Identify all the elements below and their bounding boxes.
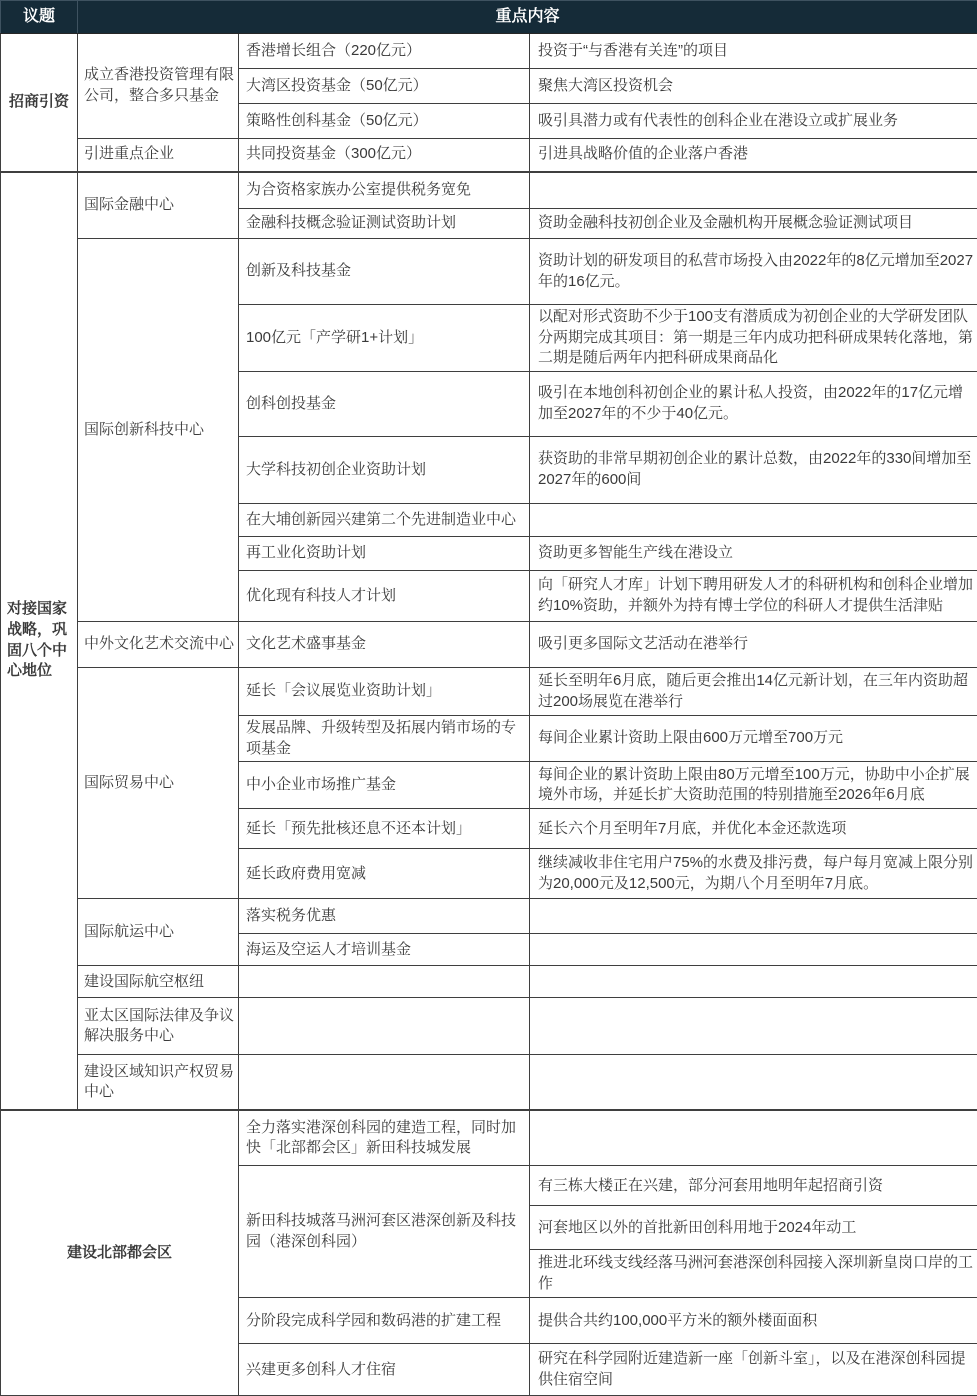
detail-cell: 推进北环线支线经落马洲河套港深创科园接入深圳新皇岗口岸的工作 [530,1250,977,1298]
detail-cell: 延长六个月至明年7月底，并优化本金还款选项 [530,809,977,849]
detail-cell: 每间企业累计资助上限由600万元增至700万元 [530,716,977,762]
group-cell: 国际贸易中心 [78,668,239,899]
detail-cell: 资助计划的研发项目的私营市场投入由2022年的8亿元增加至2027年的16亿元。 [530,239,977,305]
detail-cell: 有三栋大楼正在兴建，部分河套用地明年起招商引资 [530,1166,977,1206]
item-cell: 中小企业市场推广基金 [239,762,530,809]
item-cell: 金融科技概念验证测试资助计划 [239,209,530,239]
detail-cell [530,966,977,998]
header-row: 议题 重点内容 [1,1,977,34]
item-cell: 在大埔创新园兴建第二个先进制造业中心 [239,504,530,537]
table-row: 招商引资 成立香港投资管理有限公司，整合多只基金 香港增长组合（220亿元） 投… [1,34,977,69]
detail-cell: 河套地区以外的首批新田创科用地于2024年动工 [530,1206,977,1250]
item-cell: 延长「预先批核还息不还本计划」 [239,809,530,849]
detail-cell [530,998,977,1055]
group-cell: 引进重点企业 [78,139,239,172]
header-content: 重点内容 [78,1,977,34]
detail-cell: 吸引具潜力或有代表性的创科企业在港设立或扩展业务 [530,104,977,139]
item-cell: 为合资格家族办公室提供税务宽免 [239,172,530,209]
table-row: 建设区域知识产权贸易中心 [1,1055,977,1110]
detail-cell: 以配对形式资助不少于100支有潜质成为初创企业的大学研发团队分两期完成其项目：第… [530,305,977,372]
item-cell: 大学科技初创企业资助计划 [239,437,530,504]
detail-cell: 提供合共约100,000平方米的额外楼面面积 [530,1298,977,1344]
table-row: 中外文化艺术交流中心 文化艺术盛事基金 吸引更多国际文艺活动在港举行 [1,622,977,668]
group-cell: 成立香港投资管理有限公司，整合多只基金 [78,34,239,139]
table-row: 国际航运中心 落实税务优惠 [1,899,977,934]
item-cell: 兴建更多创科人才住宿 [239,1344,530,1396]
detail-cell [530,899,977,934]
detail-cell: 吸引在本地创科初创企业的累计私人投资，由2022年的17亿元增加至2027年的不… [530,372,977,437]
detail-cell: 投资于“与香港有关连”的项目 [530,34,977,69]
policy-table: 议题 重点内容 招商引资 成立香港投资管理有限公司，整合多只基金 香港增长组合（… [0,0,977,1396]
group-cell: 建设区域知识产权贸易中心 [78,1055,239,1110]
topic-cell: 建设北部都会区 [1,1110,239,1396]
header-topic: 议题 [1,1,78,34]
item-cell [239,998,530,1055]
table-row: 对接国家战略，巩固八个中心地位 国际金融中心 为合资格家族办公室提供税务宽免 [1,172,977,209]
table-row: 国际创新科技中心 创新及科技基金 资助计划的研发项目的私营市场投入由2022年的… [1,239,977,305]
detail-cell [530,1055,977,1110]
detail-cell: 聚焦大湾区投资机会 [530,69,977,104]
item-cell: 大湾区投资基金（50亿元） [239,69,530,104]
detail-cell: 获资助的非常早期初创企业的累计总数，由2022年的330间增加至2027年的60… [530,437,977,504]
detail-cell: 引进具战略价值的企业落户香港 [530,139,977,172]
group-cell: 国际金融中心 [78,172,239,239]
item-cell: 优化现有科技人才计划 [239,571,530,622]
group-cell: 国际创新科技中心 [78,239,239,622]
item-cell: 新田科技城落马洲河套区港深创新及科技园（港深创科园） [239,1166,530,1298]
table-row: 引进重点企业 共同投资基金（300亿元） 引进具战略价值的企业落户香港 [1,139,977,172]
group-cell: 国际航运中心 [78,899,239,966]
item-cell: 再工业化资助计划 [239,537,530,571]
topic-cell: 招商引资 [1,34,78,172]
item-cell: 落实税务优惠 [239,899,530,934]
table-row: 国际贸易中心 延长「会议展览业资助计划」 延长至明年6月底，随后更会推出14亿元… [1,668,977,716]
item-cell: 延长政府费用宽减 [239,849,530,899]
item-cell: 延长「会议展览业资助计划」 [239,668,530,716]
item-cell: 共同投资基金（300亿元） [239,139,530,172]
item-cell [239,966,530,998]
detail-cell: 研究在科学园附近建造新一座「创新斗室」，以及在港深创科园提供住宿空间 [530,1344,977,1396]
item-cell: 策略性创科基金（50亿元） [239,104,530,139]
detail-cell: 资助金融科技初创企业及金融机构开展概念验证测试项目 [530,209,977,239]
item-cell: 发展品牌、升级转型及拓展内销市场的专项基金 [239,716,530,762]
detail-cell: 延长至明年6月底，随后更会推出14亿元新计划，在三年内资助超过200场展览在港举… [530,668,977,716]
detail-cell: 每间企业的累计资助上限由80万元增至100万元，协助中小企扩展境外市场，并延长扩… [530,762,977,809]
item-cell: 100亿元「产学研1+计划」 [239,305,530,372]
item-cell: 全力落实港深创科园的建造工程，同时加快「北部都会区」新田科技城发展 [239,1110,530,1166]
item-cell: 创新及科技基金 [239,239,530,305]
group-cell: 建设国际航空枢纽 [78,966,239,998]
detail-cell: 资助更多智能生产线在港设立 [530,537,977,571]
group-cell: 亚太区国际法律及争议解决服务中心 [78,998,239,1055]
group-cell: 中外文化艺术交流中心 [78,622,239,668]
topic-cell: 对接国家战略，巩固八个中心地位 [1,172,78,1110]
table-row: 亚太区国际法律及争议解决服务中心 [1,998,977,1055]
table-row: 建设北部都会区 全力落实港深创科园的建造工程，同时加快「北部都会区」新田科技城发… [1,1110,977,1166]
detail-cell: 吸引更多国际文艺活动在港举行 [530,622,977,668]
item-cell: 海运及空运人才培训基金 [239,934,530,966]
item-cell: 分阶段完成科学园和数码港的扩建工程 [239,1298,530,1344]
item-cell: 香港增长组合（220亿元） [239,34,530,69]
item-cell: 创科创投基金 [239,372,530,437]
item-cell: 文化艺术盛事基金 [239,622,530,668]
detail-cell [530,504,977,537]
detail-cell: 继续减收非住宅用户75%的水费及排污费，每户每月宽减上限分别为20,000元及1… [530,849,977,899]
item-cell [239,1055,530,1110]
detail-cell [530,1110,977,1166]
detail-cell [530,172,977,209]
detail-cell: 向「研究人才库」计划下聘用研发人才的科研机构和创科企业增加约10%资助，并额外为… [530,571,977,622]
detail-cell [530,934,977,966]
table-row: 建设国际航空枢纽 [1,966,977,998]
